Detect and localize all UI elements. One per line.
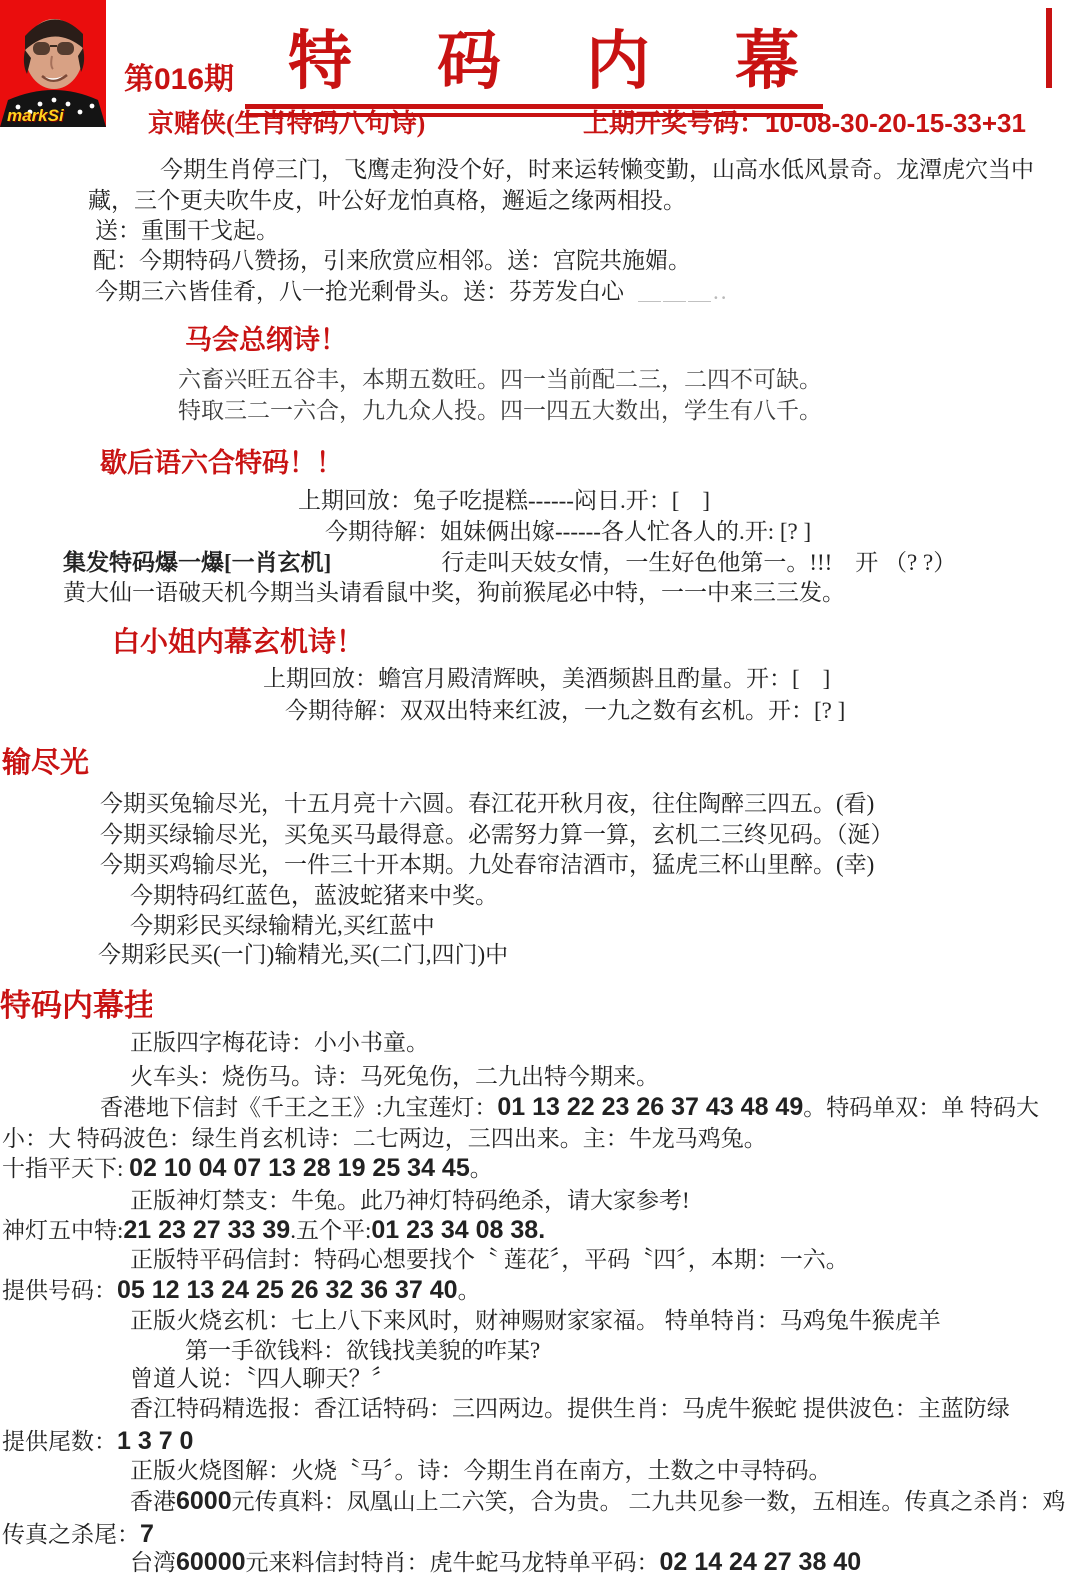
chuanzhen-amount: 6000	[176, 1487, 232, 1515]
taiwan-line: 台湾60000元来料信封特肖：虎牛蛇马龙特单平码：02 14 24 27 38 …	[130, 1547, 861, 1575]
shawei-number: 7	[140, 1520, 154, 1548]
last-draw-numbers: 10-08-30-20-15-33+31	[765, 108, 1026, 138]
shujinguang-line: 今期买绿输尽光，买兔买马最得意。必需努力算一算，玄机二三终见码。（涎）	[100, 820, 894, 850]
shujinguang-line: 今期买鸡输尽光，一件三十开本期。九处春帘洁酒市，猛虎三杯山里醉。(幸)	[100, 850, 874, 880]
shendeng-ban-line: 正版神灯禁支：牛兔。此乃神灯特码绝杀，请大家参考!	[130, 1186, 690, 1216]
neimu-heading: 特码内幕挂	[0, 980, 152, 1025]
meihua-line: 正版四字梅花诗：小小书童。	[130, 1028, 429, 1058]
intro-poem-line: 今期三六皆佳肴，八一抢光剩骨头。送：芬芳发白心＿＿＿..	[95, 277, 729, 307]
intro-poem-line: 藏，三个更夫吹牛皮，叶公好龙怕真格，邂逅之缘两相投。	[88, 186, 686, 216]
last-draw-label: 上期开奖号码：	[583, 109, 765, 138]
shujinguang-heading: 输尽光	[2, 740, 89, 781]
taiwan-numbers: 02 14 24 27 38 40	[660, 1548, 862, 1575]
intro-poem-line: 配：今期特码八赞扬，引来欣赏应相邻。送：宫院共施媚。	[93, 246, 691, 276]
huochetou-line: 火车头：烧伤马。诗：马死兔伤，二九出特今期来。	[130, 1062, 659, 1092]
chuanzhen-line: 香港6000元传真料：凤凰山上二六笑，合为贵。 二九共见参一数，五相连。传真之杀…	[130, 1486, 1065, 1517]
mahui-heading: 马会总纲诗！	[185, 318, 347, 357]
xiehouyu-last-review: 上期回放：兔子吃提糕------闷日.开：[ ]	[298, 486, 710, 516]
issue-number: 第016期	[124, 54, 234, 98]
shawei-line: 传真之杀尾：7	[2, 1519, 154, 1550]
xiehouyu-heading: 歇后语六合特码！！	[100, 441, 343, 480]
shujinguang-line: 今期特码红蓝色，蓝波蛇猪来中奖。	[130, 881, 498, 911]
xinfeng-wrap-line: 小：大 特码波色：绿生肖玄机诗：二七两边，三四出来。主：牛龙马鸡兔。	[2, 1124, 767, 1154]
jifa-label: 集发特码爆一爆[一肖玄机]	[63, 550, 331, 575]
huoshao-tujie-line: 正版火烧图解：火烧〝马〞。诗：今期生肖在南方，土数之中寻特码。	[130, 1456, 832, 1486]
intro-poem-line: 送：重围干戈起。	[95, 216, 279, 246]
shujinguang-line: 今期彩民买绿输精光,买红蓝中	[130, 911, 435, 941]
shizhi-numbers: 02 10 04 07 13 28 19 25 34 45	[129, 1154, 470, 1182]
shujinguang-line: 今期买兔输尽光，十五月亮十六圆。春江花开秋月夜，往住陶醉三四五。(看)	[100, 789, 874, 819]
page-title: 特码内幕	[288, 10, 884, 102]
jifa-line: 集发特码爆一爆[一肖玄机]行走叫天妓女情，一生好色他第一。!!! 开 （? ?）	[63, 548, 956, 578]
mahui-line: 六畜兴旺五谷丰，本期五数旺。四一当前配二三，二四不可缺。	[178, 365, 822, 395]
xiangjiang-line: 香江特码精选报：香江话特码：三四两边。提供生肖：马虎牛猴蛇 提供波色：主蓝防绿	[130, 1394, 1010, 1424]
teping-line: 正版特平码信封：特码心想要找个〝 莲花〞，平码〝四〞，本期：一六。	[130, 1245, 849, 1275]
author-photo: markSi	[0, 0, 106, 127]
baixiaojie-last-review: 上期回放：蟾宫月殿清辉映，美酒频斟且酌量。开：[ ]	[263, 664, 830, 694]
wuzhongte-line: 神灯五中特:21 23 27 33 39.五个平:01 23 34 08 38.	[2, 1215, 545, 1246]
last-draw: 上期开奖号码：10-08-30-20-15-33+31	[583, 103, 1026, 140]
jifa-text: 行走叫天妓女情，一生好色他第一。!!! 开 （? ?）	[441, 550, 956, 575]
baixiaojie-current: 今期待解：双双出特来红波，一九之数有玄机。开：[? ]	[285, 696, 845, 726]
xinfeng-line: 香港地下信封《千王之王》:九宝莲灯：01 13 22 23 26 37 43 4…	[100, 1092, 1039, 1123]
weishu-line: 提供尾数：1 3 7 0	[2, 1426, 193, 1457]
wuzhongte-numbers: 21 23 27 33 39	[123, 1216, 290, 1244]
zengdaoren-line: 曾道人说：〝四人聊天？〞	[130, 1364, 395, 1394]
corner-mark	[1046, 8, 1052, 88]
column-title: 京赌侠(生肖特码八句诗)	[148, 103, 425, 140]
xinfeng-numbers: 01 13 22 23 26 37 43 48 49	[497, 1093, 803, 1121]
taiwan-amount: 60000	[176, 1548, 246, 1575]
shizhi-line: 十指平天下: 02 10 04 07 13 28 19 25 34 45。	[2, 1153, 493, 1184]
intro-faded-tail: ＿＿＿..	[638, 279, 729, 304]
shujinguang-line: 今期彩民买(一门)输精光,买(二门,四门)中	[98, 940, 508, 970]
baixiaojie-heading: 白小姐内幕玄机诗！	[112, 620, 364, 660]
huangdaxian-line: 黄大仙一语破天机今期当头请看鼠中奖，狗前猴尾必中特，一一中来三三发。	[63, 578, 845, 608]
wuzhongte-numbers2: 01 23 34 08 38	[371, 1216, 538, 1244]
huoshao-xuanji-line: 正版火烧玄机：七上八下来风时，财神赐财家家福。 特单特肖：马鸡兔牛猴虎羊	[130, 1306, 941, 1336]
yuqian-line: 第一手欲钱料：欲钱找美貌的咋某?	[185, 1336, 540, 1366]
tip-sheet-page: markSi 第016期 特码内幕 京赌侠(生肖特码八句诗) 上期开奖号码：10…	[0, 0, 1068, 1575]
weishu-numbers: 1 3 7 0	[117, 1427, 193, 1455]
intro-poem-line: 今期生肖停三门，飞鹰走狗没个好，时来运转懒变勤，山高水低风景奇。龙潭虎穴当中	[160, 155, 1034, 185]
mahui-line: 特取三二一六合，九九众人投。四一四五大数出，学生有八千。	[178, 396, 822, 426]
haoma-line: 提供号码：05 12 13 24 25 26 32 36 37 40。	[2, 1275, 481, 1306]
marksi-caption: markSi	[7, 106, 64, 126]
xiehouyu-current: 今期待解：姐妹俩出嫁------各人忙各人的.开: [? ]	[325, 517, 811, 547]
haoma-numbers: 05 12 13 24 25 26 32 36 37 40	[117, 1276, 458, 1304]
